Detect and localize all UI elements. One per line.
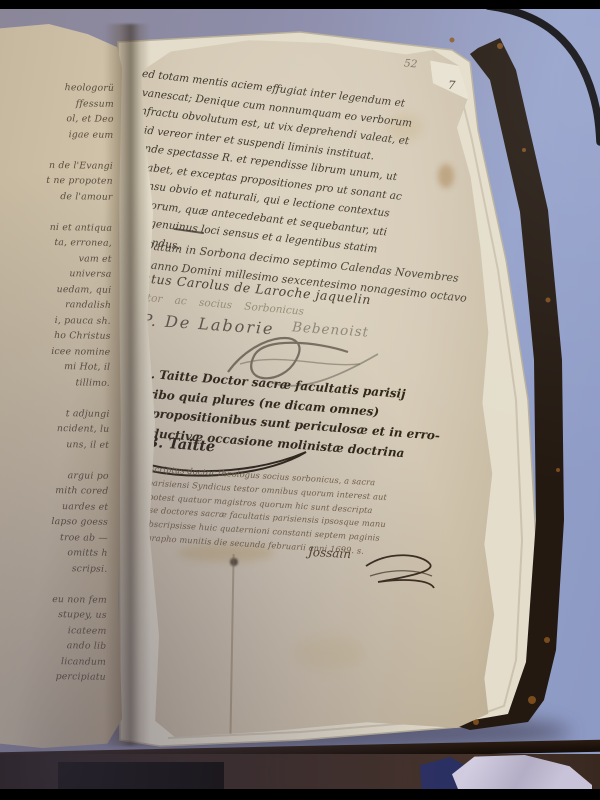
- left-page-line: randalish: [0, 296, 111, 313]
- left-page-line: scripsi.: [0, 560, 108, 577]
- left-page-line: mith cored: [0, 482, 109, 499]
- cable: [0, 0, 600, 200]
- paper-crease: [229, 554, 234, 740]
- left-page-line: eu non fem: [0, 591, 107, 608]
- left-page-line: licandum: [0, 653, 106, 670]
- left-page-line: i, pauca sh.: [0, 312, 111, 329]
- left-page-line: ni et antiqua: [0, 219, 112, 236]
- signature-flourish: [360, 548, 440, 596]
- left-page-line: [0, 389, 110, 406]
- left-page-line: ta, erronea,: [0, 234, 112, 251]
- left-page-line: tillimo.: [0, 374, 110, 391]
- letterbox-bar-top: [0, 0, 600, 9]
- left-page-line: uedam, qui: [0, 281, 111, 298]
- left-page-line: ho Christus: [0, 327, 111, 344]
- left-page-line: vam et: [0, 250, 112, 267]
- photo-background: heologorüffessumol, et Deoigae eumn de l…: [0, 0, 600, 800]
- left-page-line: icee nomine: [0, 343, 111, 360]
- left-page-line: t adjungi: [0, 405, 110, 422]
- left-page-line: [0, 575, 107, 592]
- paper-stain: [294, 636, 364, 670]
- left-page-line: [0, 451, 109, 468]
- left-page-line: omitts h: [0, 544, 108, 561]
- left-page-line: universa: [0, 265, 112, 282]
- left-page-line: lapso goess: [0, 513, 108, 530]
- letterbox-bar-bottom: [0, 789, 600, 800]
- left-page-line: ncident, lu: [0, 420, 109, 437]
- left-page-line: troe ab —: [0, 529, 108, 546]
- left-page-line: [0, 203, 112, 220]
- left-page-line: percipiatu: [0, 668, 106, 685]
- left-page-line: icateem: [0, 622, 107, 639]
- left-page-line: mi Hot, il: [0, 358, 110, 375]
- left-page-line: stupey, us: [0, 606, 107, 623]
- left-page-line: uardes et: [0, 498, 108, 515]
- left-page-line: argui po: [0, 467, 109, 484]
- left-page-line: uns, il et: [0, 436, 109, 453]
- signature-jossain: Jossain: [308, 545, 352, 561]
- left-page-line: ando lib: [0, 637, 106, 654]
